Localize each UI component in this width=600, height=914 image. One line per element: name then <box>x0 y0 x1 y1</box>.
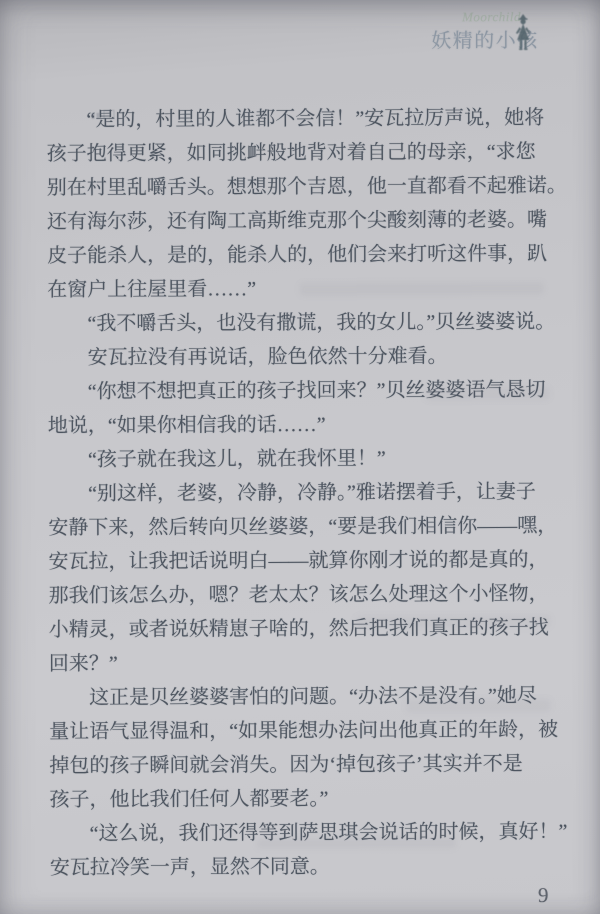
text-line: 别在村里乱嚼舌头。想想那个吉恩，他一直都看不起雅诺。 <box>47 169 547 205</box>
text-line: “是的，村里的人谁都不会信！”安瓦拉厉声说，她将 <box>46 101 546 137</box>
body-text: “是的，村里的人谁都不会信！”安瓦拉厉声说，她将孩子抱得更紧，如同挑衅般地背对着… <box>46 101 549 885</box>
text-line: “别这样，老婆，冷静，冷静。”雅诺摆着手，让妻子 <box>48 475 548 511</box>
text-line: 安瓦拉没有再说话，脸色依然十分难看。 <box>47 339 547 375</box>
text-line: 在窗户上往屋里看……” <box>47 271 547 307</box>
text-line: 皮子能杀人，是的，能杀人的，他们会来打听这件事，趴 <box>47 237 547 273</box>
text-line: 地说，“如果你相信我的话……” <box>48 407 548 443</box>
text-line: 那我们该怎么办，嗯？老太太？该怎么处理这个小怪物， <box>49 577 549 613</box>
text-line: 孩子，他比我们任何人都要老。” <box>49 781 549 817</box>
text-line: “孩子就在我这儿，就在我怀里！” <box>48 441 548 477</box>
text-line: 还有海尔莎，还有陶工高斯维克那个尖酸刻薄的老婆。嘴 <box>47 203 547 239</box>
text-line: 孩子抱得更紧，如同挑衅般地背对着自己的母亲，“求您 <box>47 135 547 171</box>
text-line: 小精灵，或者说妖精崽子啥的，然后把我们真正的孩子找 <box>49 611 549 647</box>
text-line: “你想不想把真正的孩子找回来？”贝丝婆婆语气恳切 <box>48 373 548 409</box>
text-line: 回来？” <box>49 645 549 681</box>
text-line: “这么说，我们还得等到萨思琪会说话的时候，真好！” <box>50 815 550 851</box>
text-line: 安瓦拉冷笑一声，显然不同意。 <box>50 849 550 885</box>
text-line: 安瓦拉，让我把话说明白——就算你刚才说的都是真的， <box>48 543 548 579</box>
book-page-photo: Moorchild 妖精的小孩 “是的，村里的人谁都不会信！”安瓦拉厉声说，她将… <box>0 0 600 914</box>
text-line: 这正是贝丝婆婆害怕的问题。“办法不是没有。”她尽 <box>49 679 549 715</box>
page-header: Moorchild 妖精的小孩 <box>0 0 598 1</box>
text-line: “我不嚼舌头，也没有撒谎，我的女儿。”贝丝婆婆说。 <box>47 305 547 341</box>
girl-silhouette-icon <box>513 13 533 53</box>
page-number: 9 <box>538 883 549 908</box>
book-page: Moorchild 妖精的小孩 “是的，村里的人谁都不会信！”安瓦拉厉声说，她将… <box>0 0 600 914</box>
text-line: 量让语气显得温和，“如果能想办法问出他真正的年龄，被 <box>49 713 549 749</box>
text-line: 掉包的孩子瞬间就会消失。因为‘掉包孩子’其实并不是 <box>49 747 549 783</box>
text-line: 安静下来，然后转向贝丝婆婆，“要是我们相信你——嘿， <box>48 509 548 545</box>
